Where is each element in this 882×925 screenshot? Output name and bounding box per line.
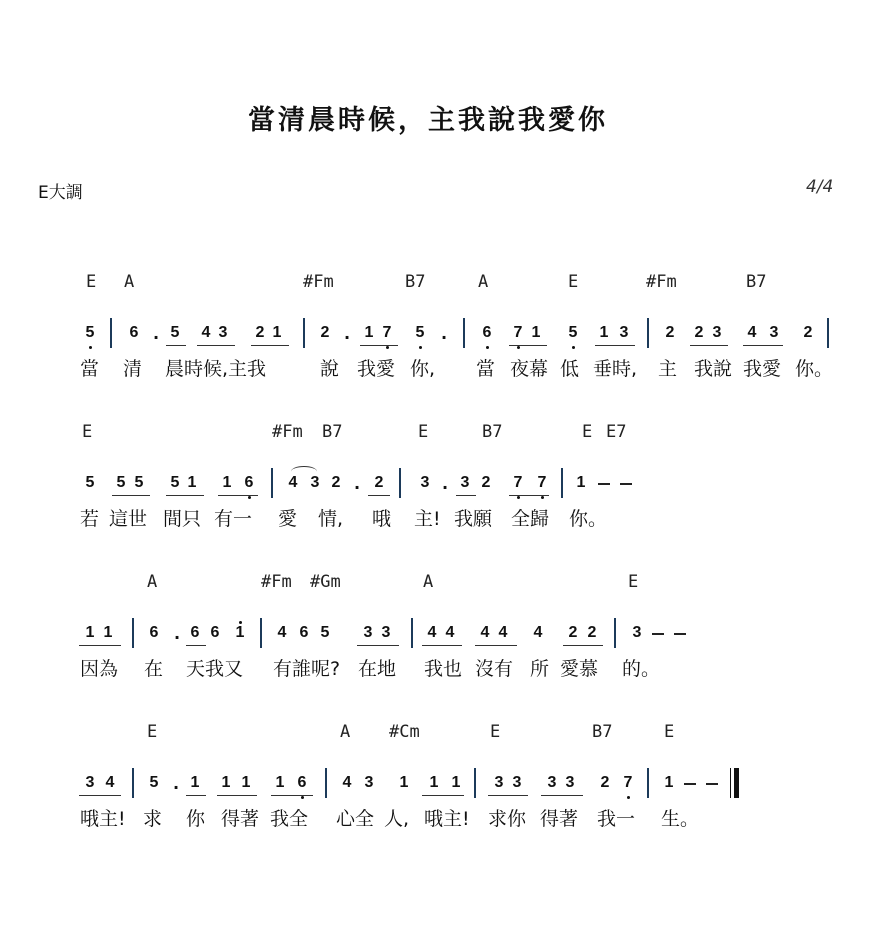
note-digit: 3 [382, 624, 391, 641]
chord-symbol: E [628, 572, 638, 592]
lyric: 清 [123, 354, 142, 381]
note: 3 [545, 774, 559, 792]
note-digit: 7 [538, 474, 547, 491]
note: 1 [219, 774, 233, 792]
lyric: 得著 [221, 804, 259, 831]
note-digit: 3 [364, 624, 373, 641]
note: 3 [361, 624, 375, 642]
lyric: 說 [320, 354, 339, 381]
note-digit: 2 [321, 324, 330, 341]
augmentation-dot: · [174, 628, 180, 647]
bar-line [325, 768, 327, 798]
chord-symbol: B7 [405, 272, 425, 292]
note: 5 [318, 624, 332, 642]
chord-symbol: #Fm [272, 422, 303, 442]
note: 5 [147, 774, 161, 792]
augmentation-dot: · [442, 478, 448, 497]
note: 2 [329, 474, 343, 492]
note-digit: 4 [446, 624, 455, 641]
lyric: 晨時候,主我 [165, 354, 266, 381]
lyric: 得著 [540, 804, 578, 831]
note-digit: 1 [223, 474, 232, 491]
lyric: 在地 [358, 654, 396, 681]
eighth-underline [488, 795, 528, 796]
note: 1 [662, 774, 676, 792]
chord-symbol: #Fm [303, 272, 334, 292]
score-system: A#Fm#GmAE1166614653344444223·因為在天我又有誰呢?在… [0, 572, 882, 692]
sustain-dash [620, 483, 632, 485]
note-digit: 2 [804, 324, 813, 341]
note: 2 [692, 324, 706, 342]
chord-symbol: B7 [592, 722, 612, 742]
note: 3 [563, 774, 577, 792]
chord-symbol: A [340, 722, 350, 742]
note: 7 [511, 324, 525, 342]
note: 2 [479, 474, 493, 492]
note: 4 [496, 624, 510, 642]
note-digit: 4 [481, 624, 490, 641]
chord-symbol: E7 [606, 422, 626, 442]
note-digit: 3 [219, 324, 228, 341]
note-digit: 4 [343, 774, 352, 791]
bar-line [463, 318, 465, 348]
note: 3 [492, 774, 506, 792]
lyric: 求 [143, 804, 162, 831]
note: 1 [101, 624, 115, 642]
note: 3 [630, 624, 644, 642]
note-digit: 1 [600, 324, 609, 341]
note: 3 [617, 324, 631, 342]
octave-dot-below [541, 496, 544, 499]
lyric: 情, [318, 504, 343, 531]
bar-line [110, 318, 112, 348]
eighth-underline [251, 345, 289, 346]
note-digit: 7 [383, 324, 392, 341]
note-digit: 2 [666, 324, 675, 341]
octave-dot-below [248, 496, 251, 499]
note: 1 [185, 474, 199, 492]
bar-line [399, 468, 401, 498]
eighth-underline [217, 795, 257, 796]
note: 3 [362, 774, 376, 792]
sustain-dash [674, 633, 686, 635]
note-digit: 6 [298, 774, 307, 791]
lyric: 若 [80, 504, 99, 531]
lyric: 我全 [270, 804, 308, 831]
eighth-underline [197, 345, 235, 346]
note-digit: 3 [495, 774, 504, 791]
note-digit: 5 [321, 624, 330, 641]
chord-symbol: #Fm [261, 572, 292, 592]
chord-symbol: #Cm [389, 722, 420, 742]
lyric: 夜幕 [510, 354, 548, 381]
note: 1 [362, 324, 376, 342]
eighth-underline [743, 345, 783, 346]
note: 2 [318, 324, 332, 342]
bar-line [132, 618, 134, 648]
note-digit: 2 [332, 474, 341, 491]
bar-line [827, 318, 829, 348]
note: 4 [531, 624, 545, 642]
bar-line [474, 768, 476, 798]
note-digit: 1 [577, 474, 586, 491]
note-digit: 4 [106, 774, 115, 791]
bar-line [647, 318, 649, 348]
lyric: 有一 [214, 504, 252, 531]
note-digit: 1 [400, 774, 409, 791]
lyric: 哦 [372, 504, 391, 531]
bar-line [647, 768, 649, 798]
lyric: 所 [530, 654, 549, 681]
note-digit: 1 [430, 774, 439, 791]
note-digit: 1 [222, 774, 231, 791]
note: 6 [297, 624, 311, 642]
note: 6 [295, 774, 309, 792]
note: 5 [114, 474, 128, 492]
final-barline-thin [730, 768, 731, 798]
note-digit: 5 [416, 324, 425, 341]
lyric: 當 [476, 354, 495, 381]
lyric: 我說 [694, 354, 732, 381]
note: 1 [188, 774, 202, 792]
lyric: 天我又 [186, 654, 243, 681]
note-digit: 5 [569, 324, 578, 341]
eighth-underline [186, 795, 206, 796]
lyric: 你。 [795, 354, 833, 381]
note-digit: 1 [242, 774, 251, 791]
note: 3 [216, 324, 230, 342]
eighth-underline [422, 645, 462, 646]
note: 2 [801, 324, 815, 342]
eighth-underline [360, 345, 398, 346]
sustain-dash [598, 483, 610, 485]
chord-symbol: A [478, 272, 488, 292]
note-digit: 3 [461, 474, 470, 491]
bar-line [132, 768, 134, 798]
eighth-underline [79, 645, 121, 646]
note: 1 [220, 474, 234, 492]
lyric: 垂時, [593, 354, 637, 381]
note: 5 [168, 474, 182, 492]
eighth-underline [218, 495, 258, 496]
note: 2 [253, 324, 267, 342]
note-digit: 7 [514, 324, 523, 341]
lyric: 主! [414, 504, 441, 531]
note: 3 [458, 474, 472, 492]
chord-symbol: B7 [746, 272, 766, 292]
note: 4 [340, 774, 354, 792]
note-digit: 6 [211, 624, 220, 641]
note: 5 [83, 474, 97, 492]
note: 3 [418, 474, 432, 492]
note: 4 [425, 624, 439, 642]
note-digit: 1 [452, 774, 461, 791]
note: 3 [767, 324, 781, 342]
lyric: 我愛 [743, 354, 781, 381]
chord-symbol: E [582, 422, 592, 442]
lyric: 全歸 [511, 504, 549, 531]
lyric: 間只 [163, 504, 201, 531]
note: 2 [566, 624, 580, 642]
lyric: 你, [410, 354, 435, 381]
note: 4 [275, 624, 289, 642]
note-digit: 7 [624, 774, 633, 791]
lyric: 這世 [109, 504, 147, 531]
lyric: 有誰呢? [273, 654, 340, 681]
augmentation-dot: · [153, 328, 159, 347]
note-digit: 5 [150, 774, 159, 791]
chord-symbol: B7 [322, 422, 342, 442]
note-digit: 2 [482, 474, 491, 491]
lyric: 求你 [488, 804, 526, 831]
note: 3 [379, 624, 393, 642]
lyric: 主 [658, 354, 677, 381]
score-system: E#FmB7EB7EE755551164322332771··若這世間只有一愛情… [0, 422, 882, 542]
note: 2 [598, 774, 612, 792]
note-digit: 4 [202, 324, 211, 341]
octave-dot-below [517, 496, 520, 499]
chord-symbol: A [124, 272, 134, 292]
note: 4 [443, 624, 457, 642]
chord-symbol: E [82, 422, 92, 442]
note-digit: 1 [276, 774, 285, 791]
final-barline-thick [734, 768, 739, 798]
bar-line [260, 618, 262, 648]
sustain-dash [652, 633, 664, 635]
note: 7 [380, 324, 394, 342]
augmentation-dot: · [344, 328, 350, 347]
note-digit: 6 [483, 324, 492, 341]
note: 6 [242, 474, 256, 492]
chord-symbol: E [418, 422, 428, 442]
note-digit: 5 [117, 474, 126, 491]
eighth-underline [690, 345, 728, 346]
note: 1 [449, 774, 463, 792]
note-digit: 1 [86, 624, 95, 641]
note-digit: 1 [188, 474, 197, 491]
note-digit: 2 [256, 324, 265, 341]
note: 6 [147, 624, 161, 642]
lyric: 人, [384, 804, 409, 831]
augmentation-dot: · [173, 778, 179, 797]
note-digit: 3 [633, 624, 642, 641]
lyric: 當 [80, 354, 99, 381]
eighth-underline [166, 345, 186, 346]
note: 1 [270, 324, 284, 342]
note-digit: 5 [135, 474, 144, 491]
chord-symbol: E [490, 722, 500, 742]
eighth-underline [271, 795, 313, 796]
lyric: 我願 [454, 504, 492, 531]
note-digit: 6 [130, 324, 139, 341]
chord-symbol: E [147, 722, 157, 742]
note-digit: 1 [365, 324, 374, 341]
note-digit: 3 [548, 774, 557, 791]
notes-row: 56543212175671513223432··· [0, 318, 882, 352]
eighth-underline [166, 495, 204, 496]
octave-dot-below [386, 346, 389, 349]
note-digit: 5 [86, 474, 95, 491]
bar-line [614, 618, 616, 648]
eighth-underline [112, 495, 150, 496]
note-digit: 6 [191, 624, 200, 641]
note: 5 [168, 324, 182, 342]
note: 6 [188, 624, 202, 642]
note-digit: 5 [171, 474, 180, 491]
chord-symbol: A [423, 572, 433, 592]
lyric: 你。 [569, 504, 607, 531]
note: 1 [233, 624, 247, 642]
lyric: 我一 [597, 804, 635, 831]
note: 1 [397, 774, 411, 792]
note-digit: 1 [104, 624, 113, 641]
bar-line [561, 468, 563, 498]
eighth-underline [509, 495, 549, 496]
bar-line [411, 618, 413, 648]
note-digit: 3 [566, 774, 575, 791]
chord-symbol: A [147, 572, 157, 592]
note: 2 [663, 324, 677, 342]
note: 4 [745, 324, 759, 342]
time-signature: 4/4 [806, 177, 833, 197]
note: 4 [103, 774, 117, 792]
eighth-underline [79, 795, 121, 796]
chord-symbol: #Fm [646, 272, 677, 292]
score-system: EA#FmB7AE#FmB756543212175671513223432···… [0, 272, 882, 392]
lyric: 的。 [622, 654, 660, 681]
note-digit: 6 [300, 624, 309, 641]
note: 7 [621, 774, 635, 792]
notes-row: 55551164322332771·· [0, 468, 882, 502]
note: 1 [427, 774, 441, 792]
note-digit: 5 [86, 324, 95, 341]
note-digit: 3 [86, 774, 95, 791]
note: 3 [510, 774, 524, 792]
note: 6 [208, 624, 222, 642]
key-signature: E大調 [38, 178, 83, 203]
octave-dot-below [627, 796, 630, 799]
chord-symbol: E [568, 272, 578, 292]
lyric: 生。 [661, 804, 699, 831]
note-digit: 4 [428, 624, 437, 641]
lyric: 在 [144, 654, 163, 681]
note: 4 [478, 624, 492, 642]
song-title: 當清晨時候，主我說我愛你 [0, 98, 856, 137]
lyric: 哦主! [80, 804, 126, 831]
note: 6 [127, 324, 141, 342]
note: 5 [566, 324, 580, 342]
lyric: 愛慕 [560, 654, 598, 681]
eighth-underline [595, 345, 635, 346]
eighth-underline [563, 645, 603, 646]
note: 3 [710, 324, 724, 342]
octave-dot-below [517, 346, 520, 349]
octave-dot-below [301, 796, 304, 799]
sustain-dash [684, 783, 696, 785]
note-digit: 3 [620, 324, 629, 341]
eighth-underline [186, 645, 206, 646]
lyric: 心全 [336, 804, 374, 831]
eighth-underline [541, 795, 583, 796]
note: 1 [239, 774, 253, 792]
note: 3 [83, 774, 97, 792]
note: 6 [480, 324, 494, 342]
note-digit: 3 [365, 774, 374, 791]
note: 1 [574, 474, 588, 492]
lyric: 低 [560, 354, 579, 381]
note: 1 [83, 624, 97, 642]
note: 1 [273, 774, 287, 792]
note: 1 [529, 324, 543, 342]
note-digit: 7 [514, 474, 523, 491]
bar-line [271, 468, 273, 498]
note-digit: 1 [236, 624, 245, 641]
chord-symbol: E [664, 722, 674, 742]
note-digit: 1 [665, 774, 674, 791]
note: 5 [132, 474, 146, 492]
note-digit: 3 [513, 774, 522, 791]
note-digit: 2 [695, 324, 704, 341]
sustain-dash [706, 783, 718, 785]
note: 2 [372, 474, 386, 492]
lyric: 我愛 [357, 354, 395, 381]
note-digit: 2 [569, 624, 578, 641]
note-digit: 4 [748, 324, 757, 341]
tie-arc [291, 466, 317, 477]
notes-row: 34511116431113333271· [0, 768, 882, 802]
note-digit: 2 [601, 774, 610, 791]
note: 4 [199, 324, 213, 342]
note-digit: 3 [713, 324, 722, 341]
note: 5 [413, 324, 427, 342]
lyric: 沒有 [475, 654, 513, 681]
note: 7 [511, 474, 525, 492]
lyric: 愛 [278, 504, 297, 531]
octave-dot-above [239, 621, 242, 624]
lyric: 你 [186, 804, 205, 831]
augmentation-dot: · [441, 328, 447, 347]
note-digit: 5 [171, 324, 180, 341]
note: 2 [585, 624, 599, 642]
note: 5 [83, 324, 97, 342]
chord-symbol: E [86, 272, 96, 292]
eighth-underline [357, 645, 399, 646]
octave-dot-below [419, 346, 422, 349]
octave-dot-below [572, 346, 575, 349]
lyric: 我也 [424, 654, 462, 681]
note-digit: 4 [534, 624, 543, 641]
augmentation-dot: · [354, 478, 360, 497]
eighth-underline [368, 495, 390, 496]
note-digit: 3 [770, 324, 779, 341]
lyric: 因為 [80, 654, 118, 681]
lyric: 哦主! [424, 804, 470, 831]
note-digit: 6 [150, 624, 159, 641]
chord-symbol: B7 [482, 422, 502, 442]
score-system: EA#CmEB7E34511116431113333271·哦主!求你得著我全心… [0, 722, 882, 842]
notes-row: 1166614653344444223· [0, 618, 882, 652]
note-digit: 1 [532, 324, 541, 341]
eighth-underline [475, 645, 517, 646]
note-digit: 2 [588, 624, 597, 641]
note-digit: 3 [421, 474, 430, 491]
octave-dot-below [89, 346, 92, 349]
eighth-underline [509, 345, 547, 346]
note: 1 [597, 324, 611, 342]
octave-dot-below [486, 346, 489, 349]
eighth-underline [422, 795, 464, 796]
note-digit: 6 [245, 474, 254, 491]
